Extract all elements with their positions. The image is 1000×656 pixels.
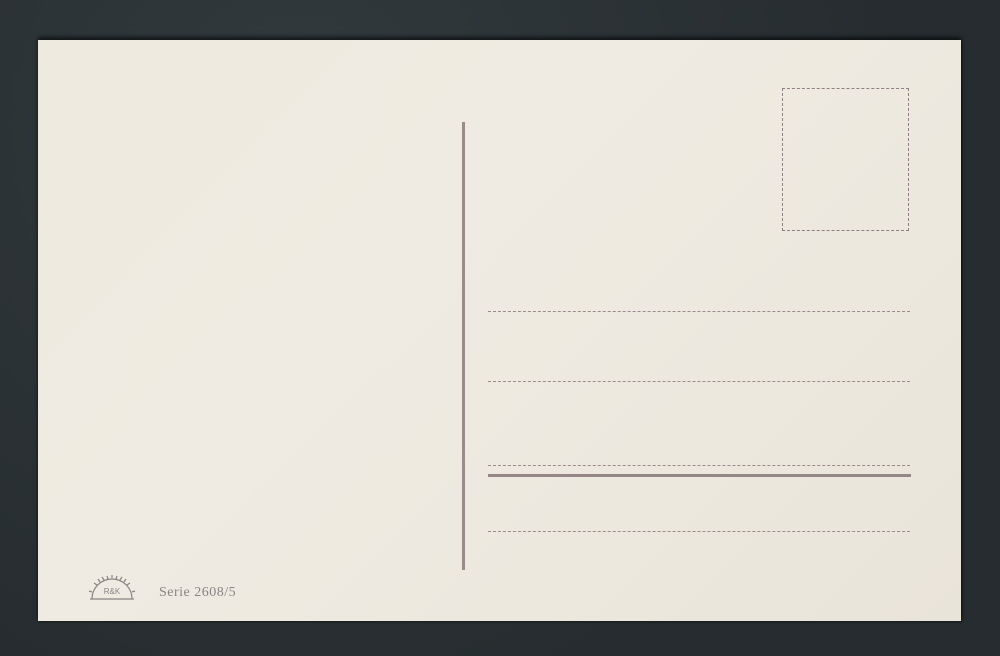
address-line-4 (488, 531, 910, 532)
address-solid-line (488, 474, 911, 477)
address-line-2 (488, 381, 910, 382)
address-line-3 (488, 465, 910, 466)
stamp-box (782, 88, 909, 231)
address-line-1 (488, 311, 910, 312)
publisher-logo-icon: R&K (86, 573, 138, 603)
svg-text:R&K: R&K (104, 587, 121, 596)
series-label: Serie 2608/5 (159, 585, 236, 601)
center-divider-line (462, 122, 465, 570)
postcard: R&K Serie 2608/5 (38, 40, 961, 621)
